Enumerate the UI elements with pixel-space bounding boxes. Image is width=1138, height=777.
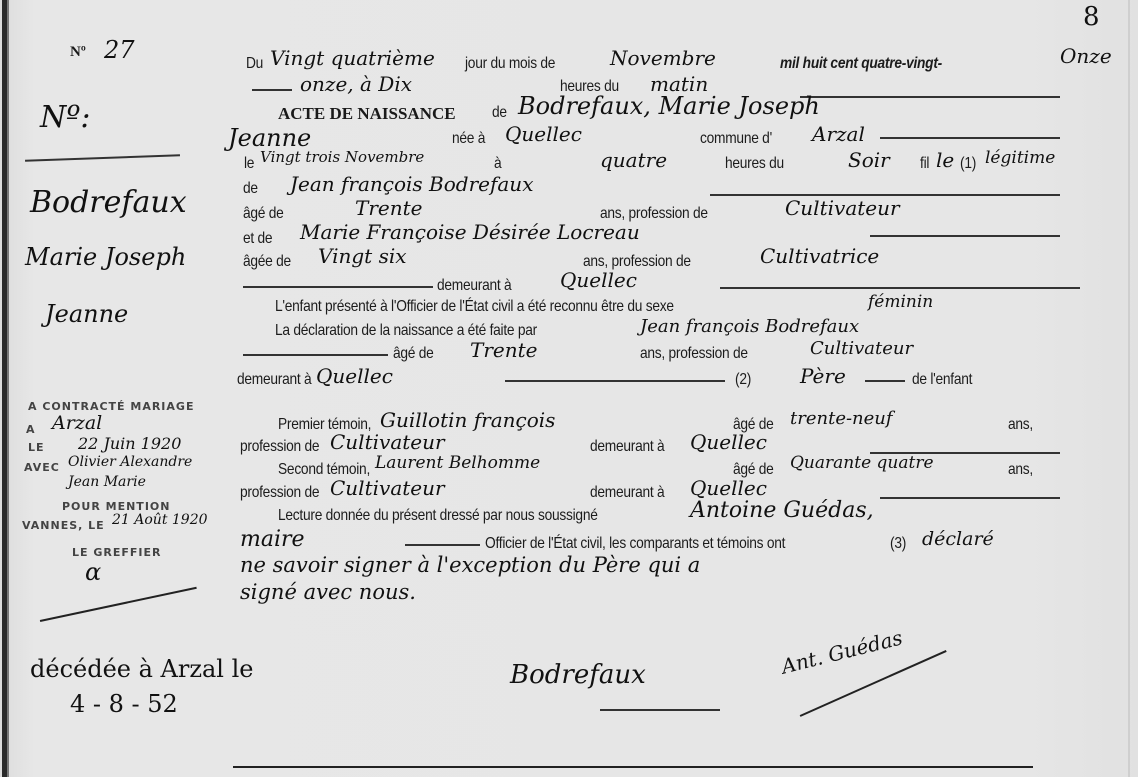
birth-day: Vingt quatrième: [270, 46, 435, 70]
signature-underline: [600, 709, 720, 711]
father-signature: Bodrefaux: [510, 660, 646, 690]
print-heures: heures du: [725, 155, 784, 173]
print-nee: née à: [452, 130, 485, 148]
note-2: (2): [735, 371, 751, 389]
mother-age: Vingt six: [318, 244, 407, 268]
print-demeurant: demeurant à: [437, 277, 511, 295]
margin-third-name: Jeanne: [45, 300, 128, 328]
birth-year: Onze: [1060, 44, 1112, 68]
print-witness2-dem: demeurant à: [590, 484, 664, 502]
closing-line2: ne savoir signer à l'exception du Père q…: [240, 553, 700, 577]
fil-suffix: le: [936, 148, 954, 172]
print-a: à: [494, 155, 501, 173]
print-le: le: [244, 155, 254, 173]
line-filler: [405, 544, 480, 546]
stamp-a-label: A: [26, 423, 36, 436]
mayor-signature: Ant. Guédas: [779, 625, 905, 678]
closing-rule: [233, 766, 1033, 768]
father-name: Jean françois Bodrefaux: [290, 172, 533, 196]
print-witness1-ans: ans,: [1008, 416, 1033, 434]
declaration-hour: onze, à Dix: [300, 72, 412, 96]
print-officer: Officier de l'État civil, les comparants…: [485, 535, 785, 553]
print-de-l-enfant: de l'enfant: [912, 371, 972, 389]
print-age-declarant: âgé de: [393, 345, 434, 363]
witness1-name: Guillotin françois: [380, 408, 555, 432]
greffier-flourish: [40, 587, 197, 622]
witness1-residence: Quellec: [690, 430, 767, 454]
witness1-age: trente-neuf: [790, 408, 893, 429]
print-prof-declarant: ans, profession de: [640, 345, 748, 363]
officer-title: maire: [240, 527, 305, 552]
print-witness1-prof: profession de: [240, 438, 319, 456]
print-fil: fil: [920, 155, 929, 173]
margin-surname: Bodrefaux: [30, 185, 187, 220]
print-witness2-prof: profession de: [240, 484, 319, 502]
birth-hour: quatre: [600, 148, 667, 172]
stamp-vannes-label: VANNES, LE: [22, 519, 105, 532]
greffier-signature: α: [85, 558, 101, 586]
line-filler: [252, 89, 292, 91]
line-filler: [880, 497, 1060, 499]
margin-rule: [25, 154, 180, 161]
mother-name: Marie Françoise Désirée Locreau: [300, 220, 640, 244]
mother-profession: Cultivatrice: [760, 244, 879, 268]
declarant-age: Trente: [470, 338, 538, 362]
stamp-vannes-date: 21 Août 1920: [112, 512, 208, 528]
father-profession: Cultivateur: [785, 196, 900, 220]
death-note-line1: décédée à Arzal le: [30, 655, 254, 683]
note-3: (3): [890, 535, 906, 553]
declared: déclaré: [922, 528, 994, 550]
print-et-de: et de: [243, 230, 272, 248]
line-filler: [243, 354, 388, 356]
print-sex: L'enfant présenté à l'Officier de l'État…: [275, 298, 674, 316]
line-filler: [243, 286, 433, 288]
civil-registry-page: 8 Nº 27 Nº: Bodrefaux Marie Joseph Jeann…: [0, 0, 1138, 777]
line-filler: [880, 137, 1060, 139]
print-witness1-dem: demeurant à: [590, 438, 664, 456]
witness2-name: Laurent Belhomme: [375, 453, 540, 473]
witness2-age: Quarante quatre: [790, 453, 934, 473]
line-filler: [870, 235, 1060, 237]
declarant-relation: Père: [800, 364, 846, 388]
witness2-profession: Cultivateur: [330, 476, 445, 500]
birth-place: Quellec: [505, 122, 582, 146]
stamp-spouse-line1: Olivier Alexandre: [68, 454, 192, 470]
birth-commune: Arzal: [812, 122, 865, 146]
child-sex: féminin: [868, 292, 933, 312]
line-filler: [720, 287, 1080, 289]
print-commune: commune d': [700, 130, 772, 148]
print-du: Du: [246, 55, 263, 73]
stamp-le-label: LE: [28, 441, 45, 454]
line-filler: [865, 380, 905, 382]
print-dem-declarant: demeurant à: [237, 371, 311, 389]
line-filler: [505, 380, 725, 382]
line-filler: [800, 96, 1060, 98]
page-number: 8: [1083, 2, 1100, 32]
stamp-marriage-date: 22 Juin 1920: [78, 434, 181, 453]
print-age-mother: âgée de: [243, 253, 291, 271]
record-number-label: Nº: [70, 44, 86, 61]
print-jour: jour du mois de: [465, 55, 555, 73]
print-de: de: [492, 104, 507, 122]
birth-period: Soir: [848, 148, 890, 172]
birth-date: Vingt trois Novembre: [260, 148, 424, 166]
stamp-spouse-line2: Jean Marie: [68, 474, 146, 490]
legitimacy: légitime: [985, 148, 1055, 168]
margin-firstnames: Marie Joseph: [25, 243, 186, 271]
binding-edge: [2, 0, 9, 777]
birth-month: Novembre: [610, 46, 716, 70]
margin-prefix: Nº:: [40, 100, 90, 135]
note-1: (1): [960, 155, 976, 173]
declarant-profession: Cultivateur: [810, 338, 913, 359]
stamp-marriage-place: Arzal: [52, 412, 102, 434]
print-de-father: de: [243, 180, 258, 198]
declarant-residence: Quellec: [316, 364, 393, 388]
child-name: Bodrefaux, Marie Joseph: [518, 92, 820, 120]
witness2-residence: Quellec: [690, 476, 767, 500]
print-lecture: Lecture donnée du présent dressé par nou…: [278, 507, 598, 525]
stamp-avec-label: AVEC: [24, 461, 60, 474]
print-year: mil huit cent quatre-vingt-: [780, 55, 942, 73]
print-witness2-ans: ans,: [1008, 461, 1033, 479]
record-number: 27: [104, 36, 135, 64]
act-title: ACTE DE NAISSANCE: [278, 104, 456, 124]
print-age-father: âgé de: [243, 205, 284, 223]
parents-residence: Quellec: [560, 268, 637, 292]
declarant-name: Jean françois Bodrefaux: [640, 316, 859, 337]
father-age: Trente: [355, 196, 423, 220]
closing-line3: signé avec nous.: [240, 580, 416, 604]
page-edge: [1128, 0, 1130, 777]
death-note-line2: 4 - 8 - 52: [70, 690, 178, 718]
witness1-profession: Cultivateur: [330, 430, 445, 454]
officer-name: Antoine Guédas,: [690, 498, 874, 523]
